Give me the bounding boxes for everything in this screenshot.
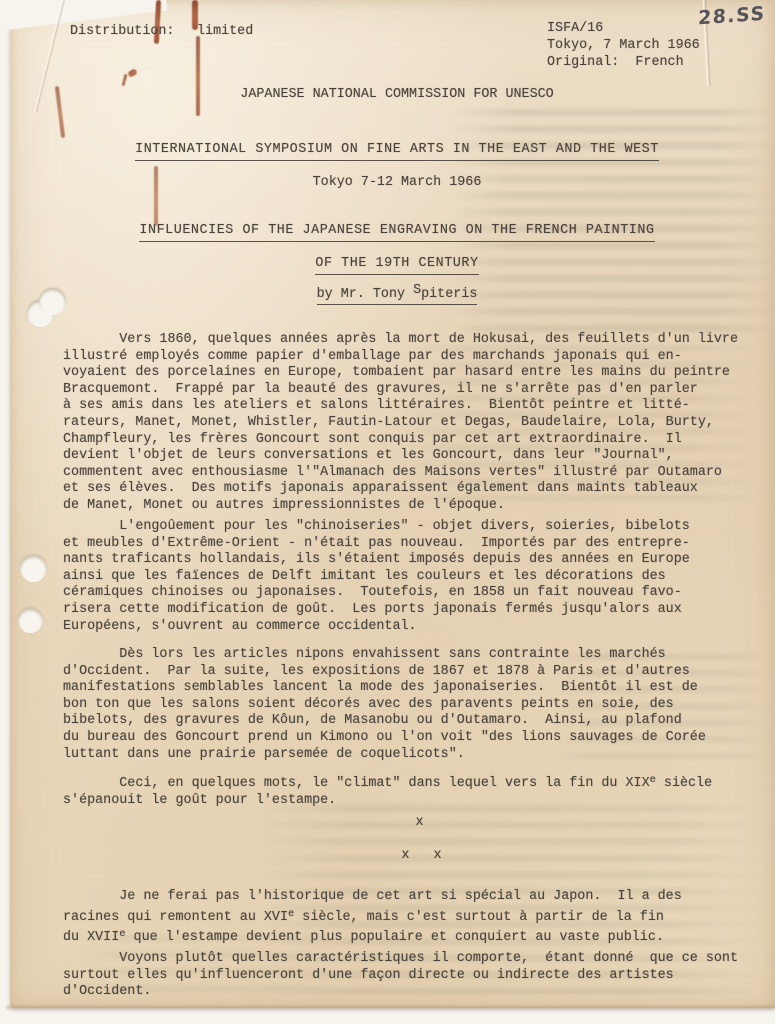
paper-title-line2: OF THE 19TH CENTURY: [57, 256, 737, 275]
punch-hole: [20, 555, 47, 582]
paragraph-6: Voyons plutôt quelles caractéristiques i…: [63, 951, 738, 1001]
paragraph-4: Ceci, en quelques mots, le "climat" dans…: [63, 772, 712, 809]
rust-stain: [122, 74, 128, 86]
paper-title-line1: INFLUENCIES OF THE JAPANESE ENGRAVING ON…: [57, 223, 737, 242]
document-place-date: Tokyo, 7 March 1966: [547, 38, 700, 55]
symposium-title: INTERNATIONAL SYMPOSIUM ON FINE ARTS IN …: [57, 142, 737, 161]
scanner-background: 28.SS Distribution: limited ISFA/16 Toky…: [0, 0, 775, 1024]
distribution-label: Distribution:: [70, 24, 174, 41]
paragraph-3: Dès lors les articles nipons envahissent…: [63, 647, 706, 763]
author-byline: by Mr. Tony Spiteris: [57, 283, 737, 305]
section-separator-row2: x x: [34, 848, 775, 865]
punch-hole: [18, 608, 43, 633]
page-bottom-edge: [6, 1006, 775, 1009]
distribution-value: limited: [197, 24, 253, 41]
paragraph-2: L'engoûement pour les "chinoiseries" - o…: [63, 519, 690, 635]
paragraph-1: Vers 1860, quelques années après la mort…: [63, 332, 738, 515]
section-separator-row1: x: [32, 815, 775, 832]
document-page: 28.SS Distribution: limited ISFA/16 Toky…: [10, 0, 775, 1008]
document-original-language: Original: French: [547, 55, 684, 72]
paragraph-5: Je ne ferai pas l'historique de cet art …: [63, 889, 682, 947]
organization-title: JAPANESE NATIONAL COMMISSION FOR UNESCO: [57, 87, 737, 104]
rust-stain: [196, 36, 200, 116]
rust-stain: [127, 68, 138, 78]
symposium-dates: Tokyo 7-12 March 1966: [57, 175, 737, 192]
document-reference: ISFA/16: [547, 21, 603, 38]
handwritten-annotation: 28.SS: [698, 3, 766, 30]
